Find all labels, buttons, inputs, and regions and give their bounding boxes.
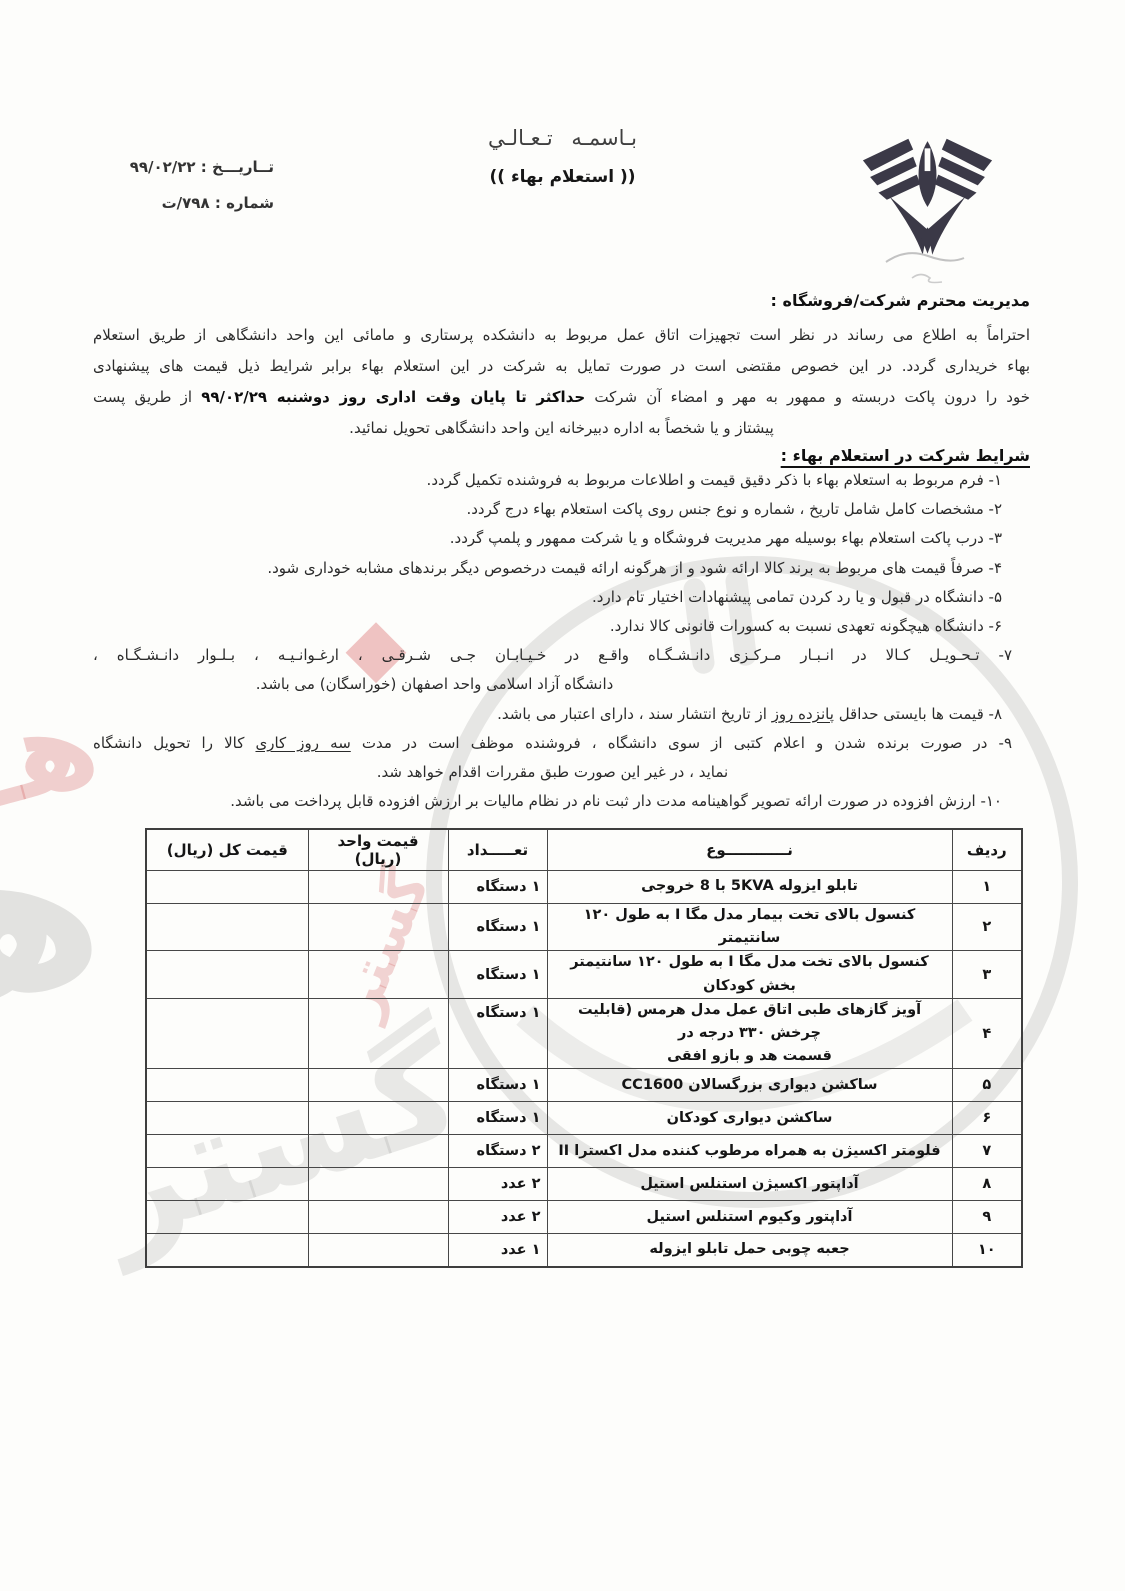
item-name-cell: فلومتر اکسیژن به همراه مرطوب کننده مدل ا… — [547, 1135, 952, 1168]
unit-price-cell — [308, 998, 448, 1069]
condition-8-pre: ۸- قیمت ها بایستی حداقل — [834, 705, 1002, 723]
quantity-cell: ۱ دستگاه — [448, 904, 547, 951]
total-price-cell — [146, 1168, 308, 1201]
condition-8-underlined: پانزده روز — [772, 705, 834, 723]
condition-item-2: ۲- مشخصات کامل شامل تاریخ ، شماره و نوع … — [93, 495, 1002, 524]
table-row-2: ۲ کنسول بالای تخت بیمار مدل مگا I به طول… — [146, 904, 1022, 951]
row-no-cell: ۸ — [952, 1168, 1022, 1201]
logo-slit — [925, 148, 931, 171]
table-header-row: ردیف نــــــــــــوع تعـــــداد قیمت واح… — [146, 829, 1022, 871]
item-name-cell: آداپتور اکسیژن استنلس استیل — [547, 1168, 952, 1201]
row-no-cell: ۷ — [952, 1135, 1022, 1168]
unit-price-cell — [308, 1135, 448, 1168]
quantity-cell: ۱ دستگاه — [448, 951, 547, 998]
deadline-emphasis: حداکثر تا پایان وقت اداری روز دوشنبه ۹۹/… — [201, 388, 585, 406]
table-row-5: ۵ ساکشن دیواری بزرگسالان CC1600 ۱ دستگاه — [146, 1069, 1022, 1102]
item-name-line-2: قسمت هد و بازو افقی — [554, 1045, 946, 1068]
condition-item-8: ۸- قیمت ها بایستی حداقل پانزده روز از تا… — [93, 700, 1002, 729]
total-price-cell — [146, 998, 308, 1069]
condition-item-10: ۱۰- ارزش افزوده در صورت ارائه تصویر گواه… — [93, 787, 1002, 816]
unit-price-cell — [308, 904, 448, 951]
conditions-list: ۱- فرم مربوط به استعلام بهاء با ذکر دقیق… — [93, 466, 1030, 816]
quantity-cell: ۱ عدد — [448, 1234, 547, 1267]
items-table: ردیف نــــــــــــوع تعـــــداد قیمت واح… — [145, 828, 1023, 1268]
item-name-cell: آداپتور وکیوم استنلس استیل — [547, 1201, 952, 1234]
quantity-cell: ۲ عدد — [448, 1201, 547, 1234]
paragraph-line-3-post: از طریق پست — [93, 388, 201, 406]
watermark-text-primary: هزاره — [0, 764, 129, 1210]
col-header-total-price: قیمت کل (ریال) — [146, 829, 308, 871]
condition-item-9-line-1: ۹- در صورت برنده شدن و اعلام کتبی از سوی… — [93, 729, 1012, 758]
col-header-item-type: نــــــــــــوع — [547, 829, 952, 871]
azad-university-logo-icon — [855, 134, 1000, 256]
total-price-cell — [146, 1135, 308, 1168]
handwritten-mark — [878, 246, 973, 290]
scanned-price-inquiry-document: هزاره گستر هـ گستر بـاسمـه تـعـالـي (( ا… — [0, 0, 1125, 1591]
unit-price-cell — [308, 951, 448, 998]
quantity-cell: ۲ دستگاه — [448, 1135, 547, 1168]
row-no-cell: ۵ — [952, 1069, 1022, 1102]
row-no-cell: ۱ — [952, 871, 1022, 904]
row-no-cell: ۴ — [952, 998, 1022, 1069]
item-name-cell: کنسول بالای تخت مدل مگا I به طول ۱۲۰ سان… — [547, 951, 952, 998]
item-name-cell: تابلو ایزوله 5KVA با 8 خروجی — [547, 871, 952, 904]
unit-price-cell — [308, 1168, 448, 1201]
col-header-unit-price: قیمت واحد (ریال) — [308, 829, 448, 871]
conditions-heading: شرایط شرکت در استعلام بهاء : — [781, 446, 1030, 465]
total-price-cell — [146, 904, 308, 951]
addressee-line: مدیریت محترم شرکت/فروشگاه : — [771, 291, 1030, 310]
row-no-cell: ۱۰ — [952, 1234, 1022, 1267]
condition-item-5: ۵- دانشگاه در قبول و یا رد کردن تمامی پی… — [93, 583, 1002, 612]
row-no-cell: ۹ — [952, 1201, 1022, 1234]
table-row-4: ۴ آویز گازهای طبی اتاق عمل مدل هرمس (قاب… — [146, 998, 1022, 1069]
unit-price-cell — [308, 1201, 448, 1234]
quantity-cell: ۱ دستگاه — [448, 1102, 547, 1135]
quantity-cell: ۲ عدد — [448, 1168, 547, 1201]
condition-8-post: از تاریخ انتشار سند ، دارای اعتبار می با… — [497, 705, 772, 723]
table-row-7: ۷ فلومتر اکسیژن به همراه مرطوب کننده مدل… — [146, 1135, 1022, 1168]
doc-meta: تــاریـــخ : ۹۹/۰۲/۲۲ شماره : ۷۹۸/ت — [60, 158, 274, 212]
table-row-1: ۱ تابلو ایزوله 5KVA با 8 خروجی ۱ دستگاه — [146, 871, 1022, 904]
condition-9-post: کالا را تحویل دانشگاه — [93, 734, 255, 752]
unit-price-cell — [308, 1102, 448, 1135]
table-row-8: ۸ آداپتور اکسیژن استنلس استیل ۲ عدد — [146, 1168, 1022, 1201]
unit-price-cell — [308, 1234, 448, 1267]
unit-price-cell — [308, 871, 448, 904]
table-row-10: ۱۰ جعبه چوبی حمل تابلو ایزوله ۱ عدد — [146, 1234, 1022, 1267]
total-price-cell — [146, 951, 308, 998]
condition-item-6: ۶- دانشگاه هیچگونه تعهدی نسبت به کسورات … — [93, 612, 1002, 641]
number-line: شماره : ۷۹۸/ت — [60, 194, 274, 212]
total-price-cell — [146, 1234, 308, 1267]
condition-item-7-line-1: ۷- تـحـویـل کـالا در انـبـار مـرکـزی دان… — [93, 641, 1012, 670]
paragraph-line-3: خود را درون پاکت دربسته و ممهور به مهر و… — [93, 382, 1030, 413]
row-no-cell: ۲ — [952, 904, 1022, 951]
condition-item-3: ۳- درب پاکت استعلام بهاء بوسیله مهر مدیر… — [93, 524, 1002, 553]
condition-item-4: ۴- صرفاً قیمت های مربوط به برند کالا ارا… — [93, 554, 1002, 583]
col-header-quantity: تعـــــداد — [448, 829, 547, 871]
total-price-cell — [146, 1102, 308, 1135]
condition-item-1: ۱- فرم مربوط به استعلام بهاء با ذکر دقیق… — [93, 466, 1002, 495]
row-no-cell: ۶ — [952, 1102, 1022, 1135]
item-name-cell: ساکشن دیواری بزرگسالان CC1600 — [547, 1069, 952, 1102]
item-name-cell: جعبه چوبی حمل تابلو ایزوله — [547, 1234, 952, 1267]
quantity-cell: ۱ دستگاه — [448, 1069, 547, 1102]
total-price-cell — [146, 871, 308, 904]
table-row-9: ۹ آداپتور وکیوم استنلس استیل ۲ عدد — [146, 1201, 1022, 1234]
item-name-cell: کنسول بالای تخت بیمار مدل مگا I به طول ۱… — [547, 904, 952, 951]
row-no-cell: ۳ — [952, 951, 1022, 998]
condition-item-7-line-2: دانشگاه آزاد اسلامی واحد اصفهان (خوراسگا… — [0, 670, 894, 699]
table-row-3: ۳ کنسول بالای تخت مدل مگا I به طول ۱۲۰ س… — [146, 951, 1022, 998]
item-name-cell: ساکشن دیواری کودکان — [547, 1102, 952, 1135]
condition-item-9-line-2: نماید ، در غیر این صورت طبق مقررات اقدام… — [93, 758, 1012, 787]
paragraph-line-3-pre: خود را درون پاکت دربسته و ممهور به مهر و… — [585, 388, 1030, 406]
total-price-cell — [146, 1069, 308, 1102]
col-header-row-no: ردیف — [952, 829, 1022, 871]
item-name-cell: آویز گازهای طبی اتاق عمل مدل هرمس (قابلی… — [547, 998, 952, 1069]
paragraph-line-1: احتراماً به اطلاع می رساند در نظر است تج… — [93, 320, 1030, 351]
date-line: تــاریـــخ : ۹۹/۰۲/۲۲ — [60, 158, 274, 176]
unit-price-cell — [308, 1069, 448, 1102]
paragraph-line-4: پیشتاز و یا شخصاً به اداره دبیرخانه این … — [93, 413, 1030, 444]
total-price-cell — [146, 1201, 308, 1234]
condition-9-pre: ۹- در صورت برنده شدن و اعلام کتبی از سوی… — [351, 734, 1012, 752]
item-name-line-1: آویز گازهای طبی اتاق عمل مدل هرمس (قابلی… — [554, 999, 946, 1045]
quantity-cell: ۱ دستگاه — [448, 998, 547, 1069]
paragraph-line-2: بهاء خریداری گردد. در این خصوص مقتضی است… — [93, 351, 1030, 382]
table-row-6: ۶ ساکشن دیواری کودکان ۱ دستگاه — [146, 1102, 1022, 1135]
quantity-cell: ۱ دستگاه — [448, 871, 547, 904]
condition-9-underlined: سه روز کاری — [255, 734, 350, 752]
intro-paragraph: احتراماً به اطلاع می رساند در نظر است تج… — [93, 320, 1030, 444]
